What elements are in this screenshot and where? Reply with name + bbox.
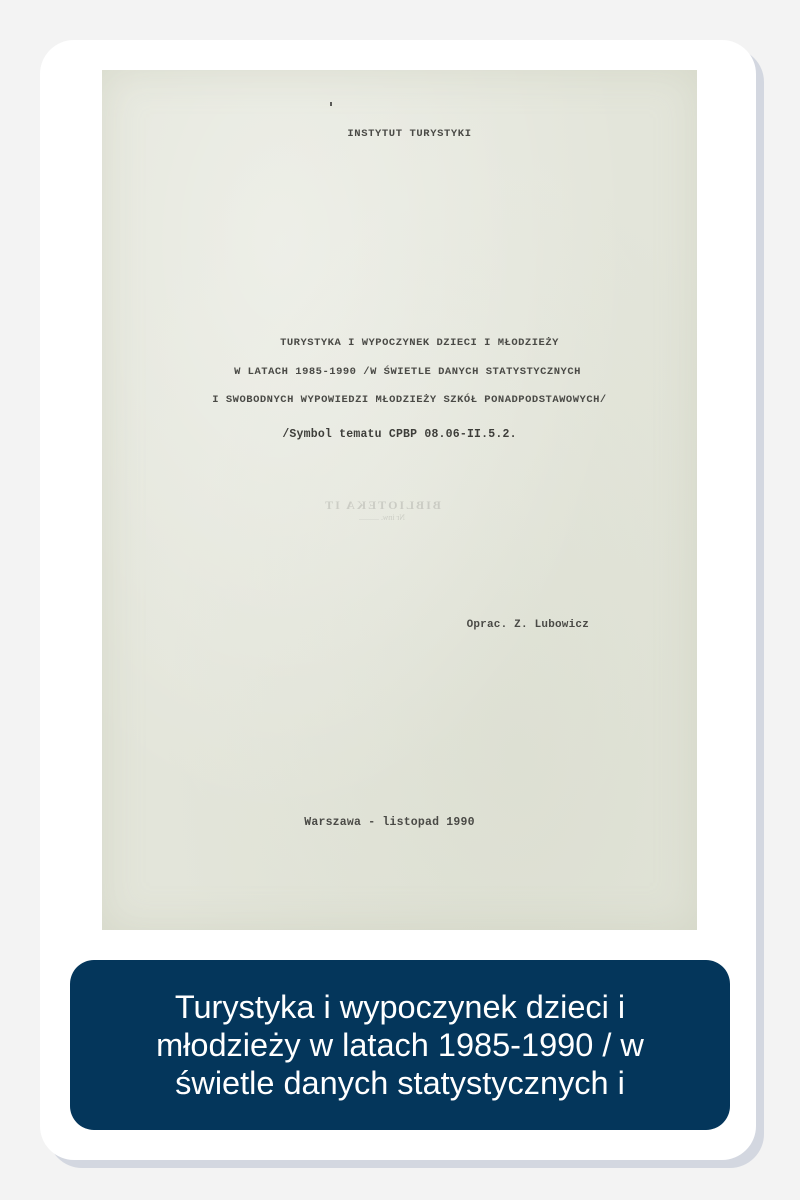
stamp-line-2: Nr inw. .......... xyxy=(307,513,457,522)
faint-stamp: BIBLIOTEKA IT Nr inw. .......... xyxy=(307,498,457,538)
title-line-3: I SWOBODNYCH WYPOWIEDZI MŁODZIEŻY SZKÓŁ … xyxy=(102,394,697,406)
caption-title: Turystyka i wypoczynek dzieci i młodzież… xyxy=(105,988,695,1102)
document-scan[interactable]: INSTYTUT TURYSTYKI TURYSTYKA I WYPOCZYNE… xyxy=(102,70,697,930)
title-line-2: W LATACH 1985-1990 /W ŚWIETLE DANYCH STA… xyxy=(102,366,697,378)
caption-banner[interactable]: Turystyka i wypoczynek dzieci i młodzież… xyxy=(70,960,730,1130)
symbol-line: /Symbol tematu CPBP 08.06-II.5.2. xyxy=(102,428,697,441)
title-line-1: TURYSTYKA I WYPOCZYNEK DZIECI I MŁODZIEŻ… xyxy=(102,337,697,349)
stamp-line-1: BIBLIOTEKA IT xyxy=(307,498,457,513)
institute-heading: INSTYTUT TURYSTYKI xyxy=(102,128,697,140)
author-line: Oprac. Z. Lubowicz xyxy=(467,619,589,631)
place-date-line: Warszawa - listopad 1990 xyxy=(102,816,687,829)
paper-speck xyxy=(330,102,332,106)
